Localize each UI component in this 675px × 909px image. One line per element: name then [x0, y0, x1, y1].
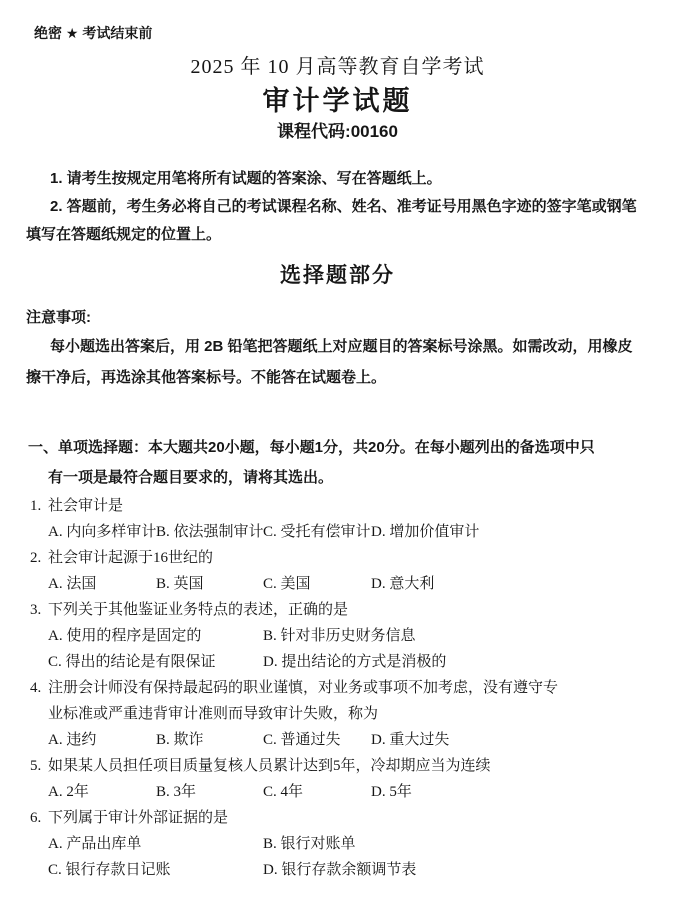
question-number: 2. [30, 545, 48, 571]
question-option-d: D. 5年 [371, 779, 649, 805]
question-item-4: 4. 注册会计师没有保持最起码的职业谨慎，对业务或事项不加考虑，没有遵守专 业标… [26, 675, 649, 753]
question-option-c: C. 美国 [263, 571, 371, 597]
question-number: 5. [30, 753, 48, 779]
exam-session-title: 2025 年 10 月高等教育自学考试 [26, 54, 649, 80]
question-option-a: A. 违约 [48, 727, 156, 753]
question-stem: 如果某人员担任项目质量复核人员累计达到5年，冷却期应当为连续 [48, 753, 649, 779]
question-option-a: A. 产品出库单 [48, 831, 263, 857]
security-banner: 绝密 ★ 考试结束前 [34, 24, 649, 42]
question-option-b: B. 3年 [156, 779, 263, 805]
question-stem: 下列关于其他鉴证业务特点的表述，正确的是 [48, 597, 649, 623]
question-stem-line: 3. 下列关于其他鉴证业务特点的表述，正确的是 [26, 597, 649, 623]
question-stem: 注册会计师没有保持最起码的职业谨慎，对业务或事项不加考虑，没有遵守专 业标准或严… [48, 675, 649, 727]
question-stem: 下列属于审计外部证据的是 [48, 805, 649, 831]
question-stem-line: 2. 社会审计起源于16世纪的 [26, 545, 649, 571]
instruction-item-1: 1. 请考生按规定用笔将所有试题的答案涂、写在答题纸上。 [26, 165, 649, 193]
notice-block: 注意事项: 每小题选出答案后，用 2B 铅笔把答题纸上对应题目的答案标号涂黑。如… [26, 305, 649, 393]
question-options: A. 法国 B. 英国 C. 美国 D. 意大利 [48, 571, 649, 597]
paper-title: 审计学试题 [26, 85, 649, 117]
question-options: A. 2年 B. 3年 C. 4年 D. 5年 [48, 779, 649, 805]
question-stem: 社会审计起源于16世纪的 [48, 545, 649, 571]
question-option-b: B. 针对非历史财务信息 [263, 623, 649, 649]
exam-paper-page: 绝密 ★ 考试结束前 2025 年 10 月高等教育自学考试 审计学试题 课程代… [0, 0, 675, 909]
question-option-a: A. 使用的程序是固定的 [48, 623, 263, 649]
section-title: 选择题部分 [26, 261, 649, 291]
question-option-b: B. 英国 [156, 571, 263, 597]
question-stem-line: 5. 如果某人员担任项目质量复核人员累计达到5年，冷却期应当为连续 [26, 753, 649, 779]
question-option-d: D. 意大利 [371, 571, 649, 597]
question-option-c: C. 4年 [263, 779, 371, 805]
notice-heading: 注意事项: [26, 305, 649, 331]
question-options: A. 内向多样审计 B. 依法强制审计 C. 受托有偿审计 D. 增加价值审计 [48, 519, 649, 545]
general-instructions: 1. 请考生按规定用笔将所有试题的答案涂、写在答题纸上。 2. 答题前，考生务必… [26, 165, 649, 249]
question-stem: 社会审计是 [48, 493, 649, 519]
question-number: 1. [30, 493, 48, 519]
question-option-c: C. 普通过失 [263, 727, 371, 753]
question-option-d: D. 增加价值审计 [371, 519, 649, 545]
question-stem-line: 4. 注册会计师没有保持最起码的职业谨慎，对业务或事项不加考虑，没有遵守专 业标… [26, 675, 649, 727]
question-options: A. 违约 B. 欺诈 C. 普通过失 D. 重大过失 [48, 727, 649, 753]
question-option-b: B. 欺诈 [156, 727, 263, 753]
question-number: 6. [30, 805, 48, 831]
question-option-c: C. 银行存款日记账 [48, 857, 263, 883]
question-option-d: D. 提出结论的方式是消极的 [263, 649, 649, 675]
question-options: A. 产品出库单 B. 银行对账单 C. 银行存款日记账 D. 银行存款余额调节… [48, 831, 649, 883]
question-number: 3. [30, 597, 48, 623]
question-number: 4. [30, 675, 48, 727]
question-options: A. 使用的程序是固定的 B. 针对非历史财务信息 C. 得出的结论是有限保证 … [48, 623, 649, 675]
question-item-6: 6. 下列属于审计外部证据的是 A. 产品出库单 B. 银行对账单 C. 银行存… [26, 805, 649, 883]
question-option-c: C. 受托有偿审计 [263, 519, 371, 545]
question-option-c: C. 得出的结论是有限保证 [48, 649, 263, 675]
instruction-item-2: 2. 答题前，考生务必将自己的考试课程名称、姓名、准考证号用黑色字迹的签字笔或钢… [26, 193, 649, 249]
question-item-1: 1. 社会审计是 A. 内向多样审计 B. 依法强制审计 C. 受托有偿审计 D… [26, 493, 649, 545]
question-item-2: 2. 社会审计起源于16世纪的 A. 法国 B. 英国 C. 美国 D. 意大利 [26, 545, 649, 597]
question-option-a: A. 2年 [48, 779, 156, 805]
part-one-heading: 一、单项选择题：本大题共20小题，每小题1分，共20分。在每小题列出的备选项中只… [28, 433, 649, 493]
question-option-a: A. 内向多样审计 [48, 519, 156, 545]
question-item-5: 5. 如果某人员担任项目质量复核人员累计达到5年，冷却期应当为连续 A. 2年 … [26, 753, 649, 805]
question-option-b: B. 依法强制审计 [156, 519, 263, 545]
course-code: 课程代码:00160 [26, 121, 649, 143]
question-option-d: D. 重大过失 [371, 727, 649, 753]
question-option-b: B. 银行对账单 [263, 831, 649, 857]
question-item-3: 3. 下列关于其他鉴证业务特点的表述，正确的是 A. 使用的程序是固定的 B. … [26, 597, 649, 675]
question-list: 1. 社会审计是 A. 内向多样审计 B. 依法强制审计 C. 受托有偿审计 D… [26, 493, 649, 883]
question-stem-line: 1. 社会审计是 [26, 493, 649, 519]
question-option-a: A. 法国 [48, 571, 156, 597]
question-stem-line: 6. 下列属于审计外部证据的是 [26, 805, 649, 831]
notice-body: 每小题选出答案后，用 2B 铅笔把答题纸上对应题目的答案标号涂黑。如需改动，用橡… [26, 331, 649, 393]
question-option-d: D. 银行存款余额调节表 [263, 857, 649, 883]
